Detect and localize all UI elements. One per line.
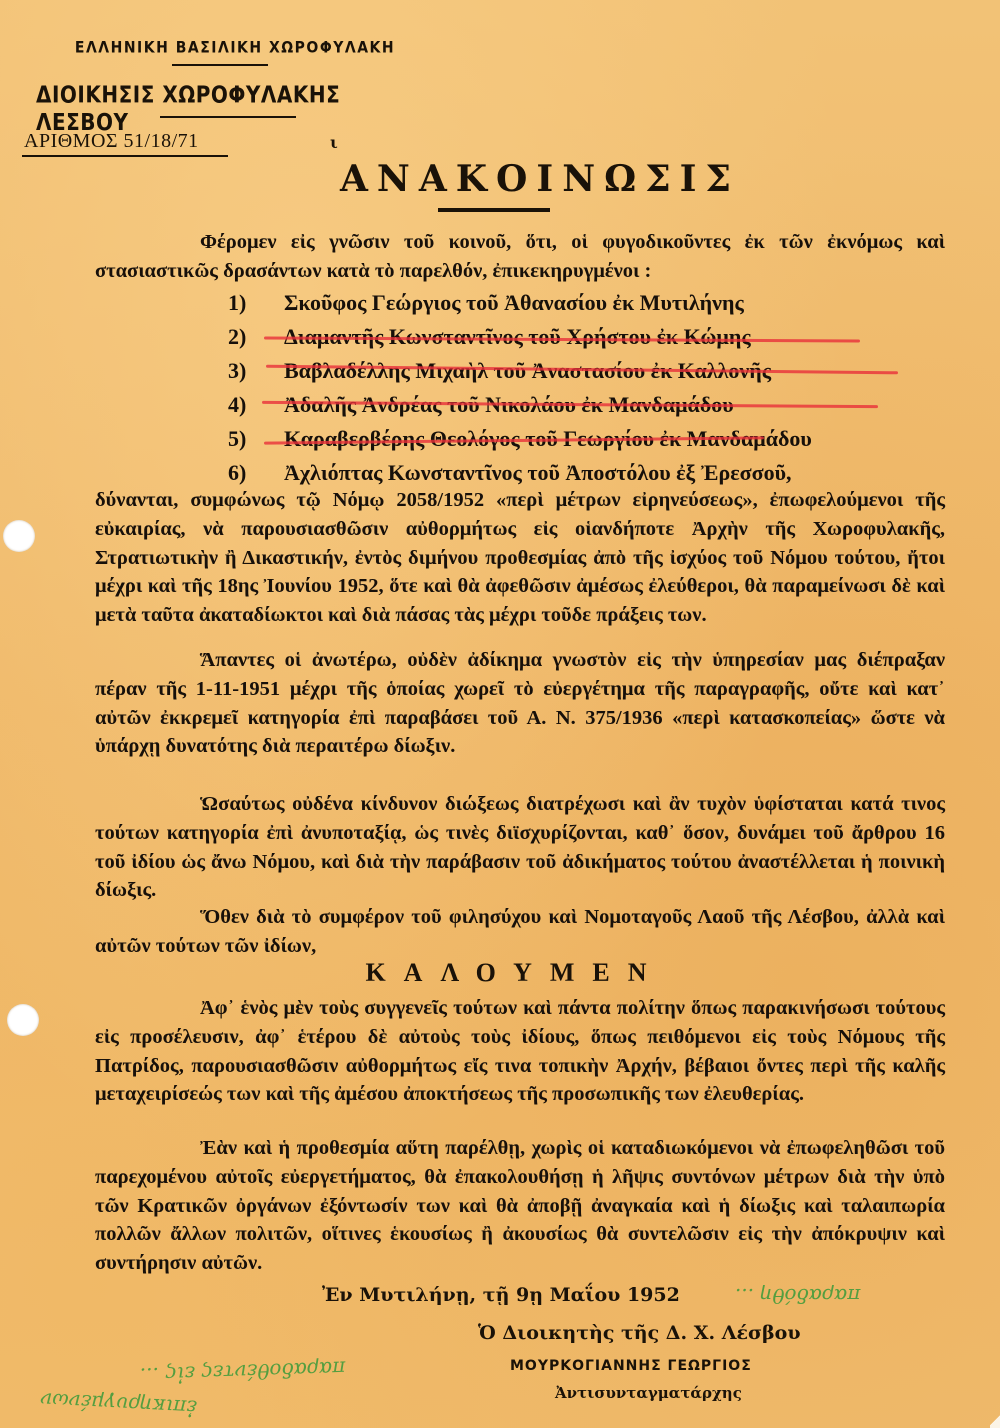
handwritten-note-date: παραδόθη ... [735,1284,860,1308]
list-number: 1) [228,286,284,320]
paragraph-text: Ἐὰν καὶ ἡ προθεσμία αὕτη παρέλθῃ, χωρὶς … [95,1134,945,1278]
paragraph-2: Ἅπαντες οἱ ἀνωτέρω, οὐδὲν ἀδίκημα γνωστὸ… [95,646,945,761]
list-item: 4)Ἀδαλῆς Ἀνδρέας τοῦ Νικολάου ἐκ Μανδαμά… [228,388,948,422]
document-title: ΑΝΑΚΟΙΝΩΣΙΣ [340,158,740,200]
agency-header: ΕΛΛΗΝΙΚΗ ΒΑΣΙΛΙΚΗ ΧΩΡΟΦΥΛΑΚΗ [70,39,400,57]
call-heading: ΚΑΛΟΥΜΕΝ [0,958,1000,988]
paragraph-text: Ἅπαντες οἱ ἀνωτέρω, οὐδὲν ἀδίκημα γνωστὸ… [95,646,945,761]
list-item: 5)Καραβερβέρης Θεολόγος τοῦ Γεωργίου ἐκ … [228,422,948,456]
paragraph-1: δύνανται, συμφώνως τῷ Νόμῳ 2058/1952 «πε… [95,486,945,630]
list-name: Ἀχλιόπτας Κωνσταντῖνος τοῦ Ἀποστόλου ἐξ … [284,460,792,485]
signatory-name: ΜΟΥΡΚΟΓΙΑΝΝΗΣ ΓΕΩΡΓΙΟΣ [510,1358,752,1374]
title-underline [438,208,550,212]
list-number: 4) [228,388,284,422]
agency-underline [172,64,268,66]
paragraph-4: Ὅθεν διὰ τὸ συμφέρον τοῦ φιλησύχου καὶ Ν… [95,903,945,961]
ink-mark: ι [330,133,338,152]
paragraph-6: Ἐὰν καὶ ἡ προθεσμία αὕτη παρέλθῃ, χωρὶς … [95,1134,945,1278]
place-date: Ἐν Μυτιλήνῃ, τῇ 9ῃ Μαΐου 1952 [322,1284,680,1306]
list-number: 3) [228,354,284,388]
paper-corner [990,1412,1000,1428]
paragraph-text: Ἀφ᾽ ἑνὸς μὲν τοὺς συγγενεῖς τούτων καὶ π… [95,994,945,1109]
paragraph-5: Ἀφ᾽ ἑνὸς μὲν τοὺς συγγενεῖς τούτων καὶ π… [95,994,945,1109]
paragraph-3: Ὡσαύτως οὐδένα κίνδυνον διώξεως διατρέχω… [95,790,945,905]
list-number: 5) [228,422,284,456]
list-item: 1)Σκοῦφος Γεώργιος τοῦ Ἀθανασίου ἐκ Μυτι… [228,286,948,320]
command-header: ΔΙΟΙΚΗΣΙΣ ΧΩΡΟΦΥΛΑΚΗΣ ΛΕΣΒΟΥ [36,80,436,135]
signatory-role: Ὁ Διοικητὴς τῆς Δ. Χ. Λέσβου [478,1322,801,1344]
punch-hole-top [3,520,35,552]
list-item: 2)Διαμαντῆς Κωνσταντῖνος τοῦ Χρήστου ἐκ … [228,320,948,354]
paragraph-text: Ὡσαύτως οὐδένα κίνδυνον διώξεως διατρέχω… [95,790,945,905]
list-name: Σκοῦφος Γεώργιος τοῦ Ἀθανασίου ἐκ Μυτιλή… [284,290,744,315]
list-item: 3)Βαβλαδέλλης Μιχαὴλ τοῦ Ἀναστασίου ἐκ Κ… [228,354,948,388]
intro-text: Φέρομεν εἰς γνῶσιν τοῦ κοινοῦ, ὅτι, οἱ φ… [95,228,945,286]
reference-number: ΑΡΙΘΜΟΣ 51/18/71 [24,130,199,153]
list-item: 6)Ἀχλιόπτας Κωνσταντῖνος τοῦ Ἀποστόλου ἐ… [228,456,948,490]
command-underline [160,116,296,118]
reference-underline [22,155,228,157]
punch-hole-bottom [7,1004,39,1036]
wanted-list: 1)Σκοῦφος Γεώργιος τοῦ Ἀθανασίου ἐκ Μυτι… [228,286,948,490]
signatory-rank: Ἀντισυνταγματάρχης [555,1384,742,1402]
list-number: 6) [228,456,284,490]
intro-paragraph: Φέρομεν εἰς γνῶσιν τοῦ κοινοῦ, ὅτι, οἱ φ… [95,228,945,286]
paragraph-text: Ὅθεν διὰ τὸ συμφέρον τοῦ φιλησύχου καὶ Ν… [95,903,945,961]
paragraph-text: δύνανται, συμφώνως τῷ Νόμῳ 2058/1952 «πε… [95,486,945,630]
